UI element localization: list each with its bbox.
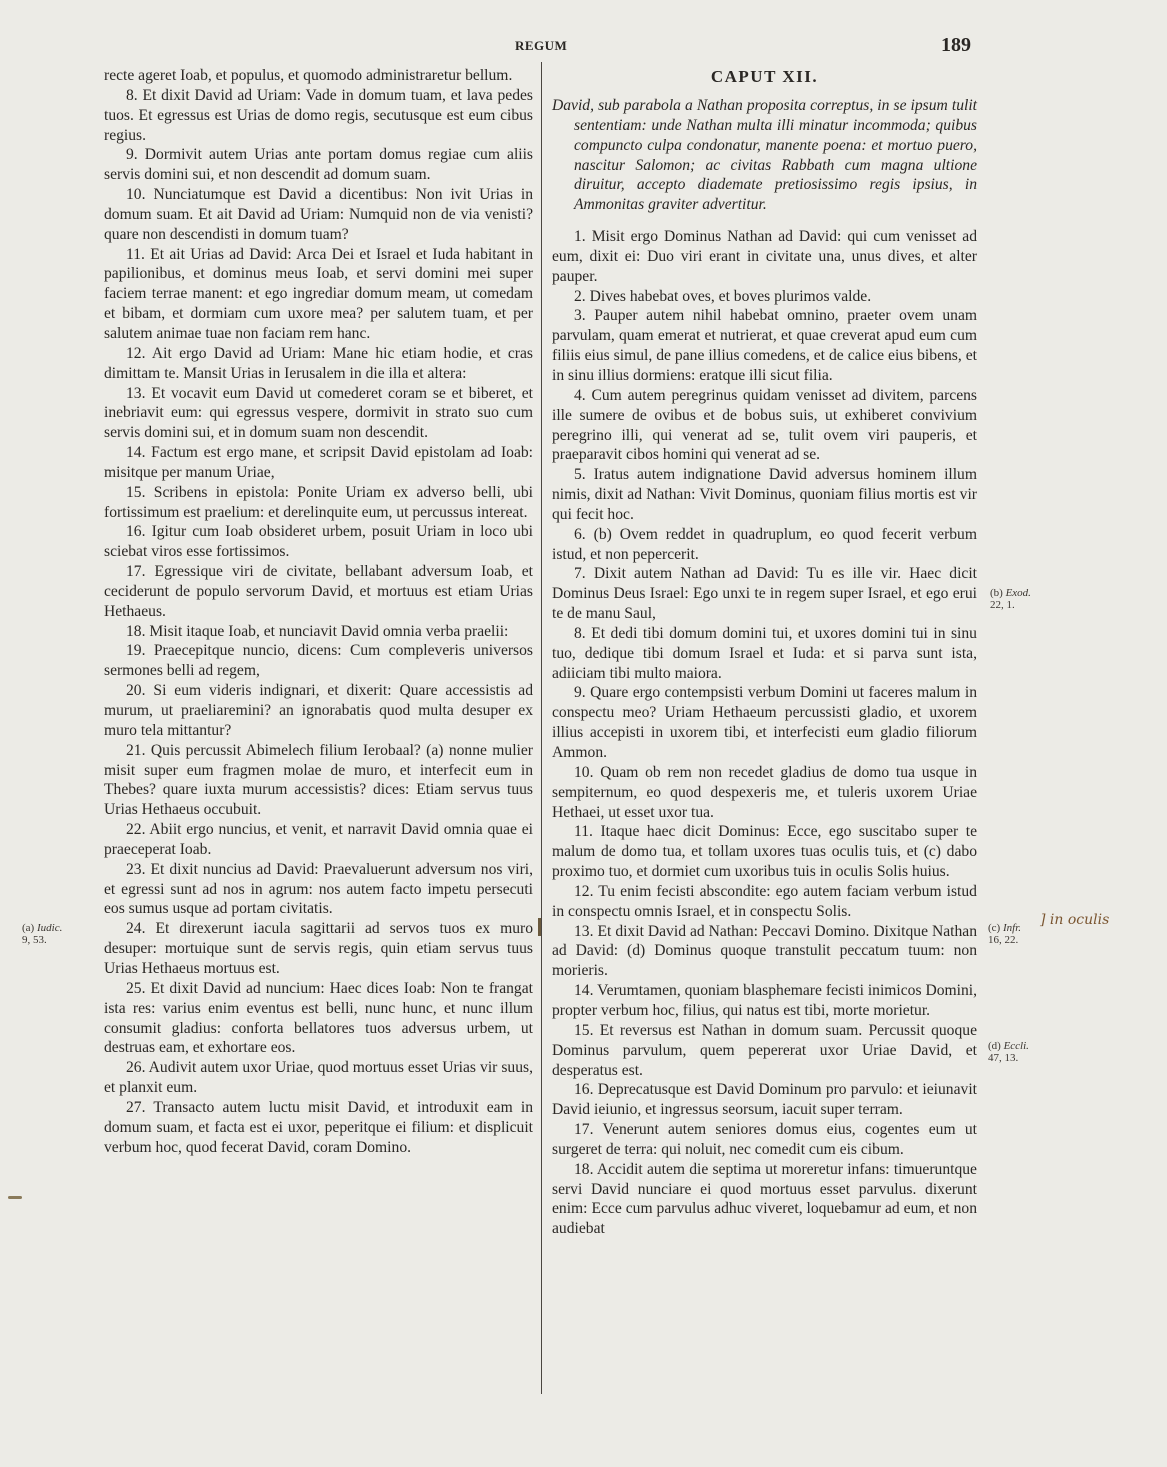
verse-18: 18. Accidit autem die septima ut moreret… <box>552 1160 977 1239</box>
verse-number: 13. <box>574 923 594 940</box>
note-label: (b) <box>990 587 1003 599</box>
verse-text: Et dedi tibi domum domini tui, et uxores… <box>552 625 977 682</box>
verse-number: 12. <box>126 345 146 362</box>
verse-number: 4. <box>574 387 586 404</box>
verse-text: Scribens in epistola: Ponite Uriam ex ad… <box>104 484 533 521</box>
chapter-title: CAPUT XII. <box>552 66 977 88</box>
verse-7: 7. Dixit autem Nathan ad David: Tu es il… <box>552 564 977 624</box>
insertion-mark <box>538 918 541 936</box>
verse-16: 16. Deprecatusque est David Dominum pro … <box>552 1080 977 1120</box>
verse-text: Pauper autem nihil habebat omnino, praet… <box>552 307 977 384</box>
verse-number: 11. <box>574 823 593 840</box>
verse-text: Dives habebat oves, et boves plurimos va… <box>590 288 872 305</box>
verse-1: 1. Misit ergo Dominus Nathan ad David: q… <box>552 227 977 287</box>
verse-number: 18. <box>574 1161 594 1178</box>
chapter-summary: David, sub parabola a Nathan proposita c… <box>552 96 977 215</box>
verse-text: Et dixit David ad nuncium: Haec dices Io… <box>104 980 533 1057</box>
verse-26: 26. Audivit autem uxor Uriae, quod mortu… <box>104 1058 533 1098</box>
note-label: (c) <box>988 922 1000 934</box>
verse-9: 9. Quare ergo contempsisti verbum Domini… <box>552 683 977 762</box>
verse-24: 24. Et direxerunt iacula sagittarii ad s… <box>104 919 533 979</box>
verse-14: 14. Verumtamen, quoniam blasphemare feci… <box>552 981 977 1021</box>
verse-text: Venerunt autem seniores domus eius, coge… <box>552 1121 977 1158</box>
verse-15: 15. Scribens in epistola: Ponite Uriam e… <box>104 483 533 523</box>
verse-text: Et dixit David ad Nathan: Peccavi Domino… <box>552 923 977 980</box>
note-ref: Iudic. <box>37 922 62 934</box>
verse-text: Et ait Urias ad David: Arca Dei et Israe… <box>104 246 533 342</box>
verse-number: 7. <box>574 565 586 582</box>
verse-text: Et vocavit eum David ut comederet coram … <box>104 385 533 442</box>
verse-number: 25. <box>126 980 146 997</box>
left-column: recte ageret Ioab, et populus, et quomod… <box>104 66 533 1157</box>
verse-text: Tu enim fecisti abscondite: ego autem fa… <box>552 883 977 920</box>
verse-13: 13. Et dixit David ad Nathan: Peccavi Do… <box>552 922 977 982</box>
verse-text: Deprecatusque est David Dominum pro parv… <box>552 1081 977 1118</box>
verse-text: Quam ob rem non recedet gladius de domo … <box>552 764 977 821</box>
verse-number: 6. <box>574 526 586 543</box>
verse-number: 18. <box>126 623 146 640</box>
note-loc: 47, 13. <box>988 1052 1018 1064</box>
verse-18: 18. Misit itaque Ioab, et nunciavit Davi… <box>104 622 533 642</box>
verse-15: 15. Et reversus est Nathan in domum suam… <box>552 1021 977 1081</box>
verse-number: 22. <box>126 821 146 838</box>
verse-20: 20. Si eum videris indignari, et dixerit… <box>104 681 533 741</box>
verse-number: 27. <box>126 1099 146 1116</box>
verse-number: 19. <box>126 642 146 659</box>
verse-text: (b) Ovem reddet in quadruplum, eo quod f… <box>552 526 977 563</box>
verse-number: 5. <box>574 466 586 483</box>
verse-6: 6. (b) Ovem reddet in quadruplum, eo quo… <box>552 525 977 565</box>
note-label: (a) <box>22 922 34 934</box>
margin-note-b: (b) Exod. 22, 1. <box>990 587 1031 611</box>
verse-number: 3. <box>574 307 586 324</box>
verse-text: Praecepitque nuncio, dicens: Cum complev… <box>104 642 533 679</box>
verse-text: Misit itaque Ioab, et nunciavit David om… <box>149 623 508 640</box>
verse-number: 24. <box>126 920 146 937</box>
verse-8: 8. Et dedi tibi domum domini tui, et uxo… <box>552 624 977 684</box>
verse-number: 13. <box>126 385 146 402</box>
verse-text: Ait ergo David ad Uriam: Mane hic etiam … <box>104 345 533 382</box>
verse-9: 9. Dormivit autem Urias ante portam domu… <box>104 145 533 185</box>
verse-number: 1. <box>574 228 586 245</box>
note-ref: Eccli. <box>1004 1040 1029 1052</box>
verse-text: Et reversus est Nathan in domum suam. Pe… <box>552 1022 977 1079</box>
verse-text: Et direxerunt iacula sagittarii ad servo… <box>104 920 533 977</box>
verse-text: Factum est ergo mane, et scripsit David … <box>104 444 533 481</box>
verse-number: 14. <box>126 444 146 461</box>
book-page: REGUM 189 recte ageret Ioab, et populus,… <box>0 0 1167 1467</box>
note-loc: 9, 53. <box>22 934 47 946</box>
verse-19: 19. Praecepitque nuncio, dicens: Cum com… <box>104 641 533 681</box>
verse-number: 9. <box>574 684 586 701</box>
verse-number: 12. <box>574 883 594 900</box>
verse-number: 23. <box>126 861 146 878</box>
verse-number: 8. <box>574 625 586 642</box>
verse-text: Itaque haec dicit Dominus: Ecce, ego sus… <box>552 823 977 880</box>
verse-text: recte ageret Ioab, et populus, et quomod… <box>104 67 512 84</box>
note-loc: 22, 1. <box>990 599 1015 611</box>
verse-text: Si eum videris indignari, et dixerit: Qu… <box>104 682 533 739</box>
verse-text: Egressique viri de civitate, bellabant a… <box>104 563 533 620</box>
verse-25: 25. Et dixit David ad nuncium: Haec dice… <box>104 979 533 1058</box>
verse-22: 22. Abiit ergo nuncius, et venit, et nar… <box>104 820 533 860</box>
verse-number: 21. <box>126 742 146 759</box>
verse-text: Accidit autem die septima ut moreretur i… <box>552 1161 977 1238</box>
verse-number: 16. <box>126 523 146 540</box>
verse-text: Dixit autem Nathan ad David: Tu es ille … <box>552 565 977 622</box>
verse-number: 16. <box>574 1081 594 1098</box>
verse-number: 14. <box>574 982 594 999</box>
verse-text: Igitur cum Ioab obsideret urbem, posuit … <box>104 523 533 560</box>
verse-17: 17. Egressique viri de civitate, bellaba… <box>104 562 533 622</box>
verse-text: Quis percussit Abimelech filium Ierobaal… <box>104 742 533 819</box>
verse-21: 21. Quis percussit Abimelech filium Iero… <box>104 741 533 820</box>
verse-number: 9. <box>126 146 138 163</box>
verse-10: 10. Nunciatumque est David a dicentibus:… <box>104 185 533 245</box>
verse-10: 10. Quam ob rem non recedet gladius de d… <box>552 763 977 823</box>
verse-text: Iratus autem indignatione David adversus… <box>552 466 977 523</box>
verse-number: 11. <box>126 246 145 263</box>
verse-number: 2. <box>574 288 586 305</box>
verse-text: Verumtamen, quoniam blasphemare fecisti … <box>552 982 977 1019</box>
verse-12: 12. Ait ergo David ad Uriam: Mane hic et… <box>104 344 533 384</box>
verse-number: 15. <box>574 1022 594 1039</box>
right-column: CAPUT XII. David, sub parabola a Nathan … <box>552 66 977 1239</box>
verse-text: Audivit autem uxor Uriae, quod mortuus e… <box>104 1059 533 1096</box>
handwritten-annotation: ] in oculis <box>1040 912 1109 928</box>
verse-text: Et dixit David ad Uriam: Vade in domum t… <box>104 87 533 144</box>
verse-text: Dormivit autem Urias ante portam domus r… <box>104 146 533 183</box>
verse-12: 12. Tu enim fecisti abscondite: ego aute… <box>552 882 977 922</box>
verse-number: 15. <box>126 484 146 501</box>
column-divider <box>541 62 542 1394</box>
verse-continuation: recte ageret Ioab, et populus, et quomod… <box>104 66 533 86</box>
verse-text: Et dixit nuncius ad David: Praevaluerunt… <box>104 861 533 918</box>
note-ref: Infr. <box>1003 922 1021 934</box>
verse-text: Abiit ergo nuncius, et venit, et narravi… <box>104 821 533 858</box>
note-label: (d) <box>988 1040 1001 1052</box>
verse-11: 11. Itaque haec dicit Dominus: Ecce, ego… <box>552 822 977 882</box>
note-loc: 16, 22. <box>988 934 1018 946</box>
verse-text: Transacto autem luctu misit David, et in… <box>104 1099 533 1156</box>
verse-text: Misit ergo Dominus Nathan ad David: qui … <box>552 228 977 285</box>
verse-2: 2. Dives habebat oves, et boves plurimos… <box>552 287 977 307</box>
margin-smudge <box>8 1196 22 1199</box>
verse-8: 8. Et dixit David ad Uriam: Vade in domu… <box>104 86 533 146</box>
verse-16: 16. Igitur cum Ioab obsideret urbem, pos… <box>104 522 533 562</box>
verse-number: 17. <box>126 563 146 580</box>
verse-23: 23. Et dixit nuncius ad David: Praevalue… <box>104 860 533 920</box>
verse-number: 26. <box>126 1059 146 1076</box>
verse-13: 13. Et vocavit eum David ut comederet co… <box>104 384 533 444</box>
page-number: 189 <box>941 34 971 57</box>
verse-number: 17. <box>574 1121 594 1138</box>
verse-number: 10. <box>126 186 146 203</box>
verse-number: 8. <box>126 87 138 104</box>
verse-4: 4. Cum autem peregrinus quidam venisset … <box>552 386 977 465</box>
running-head: REGUM <box>515 38 567 54</box>
margin-note-d: (d) Eccli. 47, 13. <box>988 1040 1029 1064</box>
verse-text: Cum autem peregrinus quidam venisset ad … <box>552 387 977 464</box>
verse-5: 5. Iratus autem indignatione David adver… <box>552 465 977 525</box>
verse-text: Nunciatumque est David a dicentibus: Non… <box>104 186 533 243</box>
verse-number: 10. <box>574 764 594 781</box>
verse-27: 27. Transacto autem luctu misit David, e… <box>104 1098 533 1158</box>
verse-text: Quare ergo contempsisti verbum Domini ut… <box>552 684 977 761</box>
note-ref: Exod. <box>1006 587 1031 599</box>
verse-number: 20. <box>126 682 146 699</box>
margin-note-a: (a) Iudic. 9, 53. <box>22 922 62 946</box>
verse-14: 14. Factum est ergo mane, et scripsit Da… <box>104 443 533 483</box>
verse-11: 11. Et ait Urias ad David: Arca Dei et I… <box>104 245 533 344</box>
verse-3: 3. Pauper autem nihil habebat omnino, pr… <box>552 306 977 385</box>
margin-note-c: (c) Infr. 16, 22. <box>988 922 1021 946</box>
verse-17: 17. Venerunt autem seniores domus eius, … <box>552 1120 977 1160</box>
